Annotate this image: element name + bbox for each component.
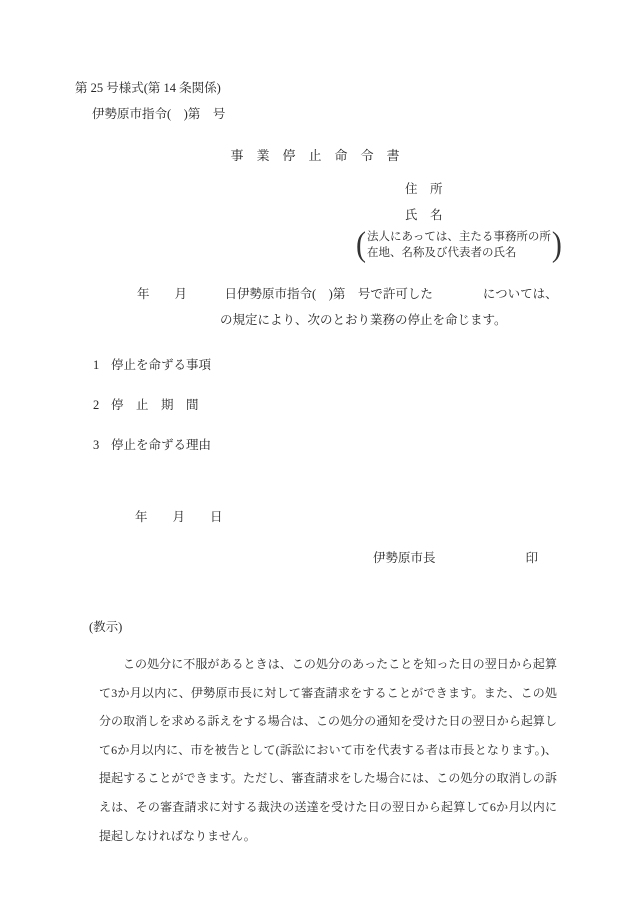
name-label: 氏 名	[405, 208, 443, 224]
corporate-note-text: 法人にあっては、主たる事務所の所在地、名称及び代表者の氏名	[366, 229, 552, 261]
item-number: 3	[93, 438, 111, 454]
notice-line: えは、その審査請求に対する裁決の送達を受けた日の翌日から起算して6か月以内に	[99, 793, 557, 822]
body-line-provision: の規定により、次のとおり業務の停止を命じます。	[220, 313, 507, 329]
right-bracket: )	[552, 228, 562, 263]
corporate-note-line-2: 在地、名称及び代表者の氏名	[367, 247, 517, 259]
item-number: 1	[93, 358, 111, 374]
item-row-2: 2 停 止 期 間	[93, 398, 199, 414]
item-number: 2	[93, 398, 111, 414]
form-number: 第 25 号様式(第 14 条関係)	[75, 81, 221, 97]
document-title: 事 業 停 止 命 令 書	[0, 148, 630, 164]
notice-line: 提起しなければなりません。	[99, 822, 557, 851]
mayor-title: 伊勢原市長	[373, 551, 436, 567]
date-line: 年 月 日	[135, 510, 223, 526]
item-label: 停 止 期 間	[111, 398, 199, 414]
left-bracket: (	[356, 228, 366, 263]
notice-line: 分の取消しを求める訴えをする場合は、この処分の通知を受けた日の翌日から起算し	[99, 707, 557, 736]
address-label: 住 所	[405, 182, 443, 198]
notice-line: て3か月以内に、伊勢原市長に対して審査請求をすることができます。また、この処	[99, 679, 557, 708]
notice-line: 提起することができます。ただし、審査請求をした場合には、この処分の取消しの訴	[99, 764, 557, 793]
item-label: 停止を命ずる事項	[111, 358, 211, 374]
corporate-note: ( 法人にあっては、主たる事務所の所在地、名称及び代表者の氏名 )	[356, 229, 562, 261]
item-label: 停止を命ずる理由	[111, 438, 211, 454]
item-row-1: 1 停止を命ずる事項	[93, 358, 211, 374]
signature-row: 伊勢原市長 印	[373, 551, 538, 567]
item-row-3: 3 停止を命ずる理由	[93, 438, 211, 454]
document-page: 第 25 号様式(第 14 条関係) 伊勢原市指令( )第 号 事 業 停 止 …	[0, 0, 630, 915]
directive-number-line: 伊勢原市指令( )第 号	[92, 107, 225, 123]
notice-heading: (教示)	[89, 620, 122, 636]
notice-line: この処分に不服があるときは、この処分のあったことを知った日の翌日から起算し	[99, 650, 557, 679]
body-line-date-permit: 年 月 日伊勢原市指令( )第 号で許可した については、	[137, 287, 558, 303]
corporate-note-line-1: 法人にあっては、主たる事務所の所	[367, 231, 551, 243]
notice-body: この処分に不服があるときは、この処分のあったことを知った日の翌日から起算し て3…	[99, 650, 557, 850]
notice-line: て6か月以内に、市を被告として(訴訟において市を代表する者は市長となります。)、	[99, 736, 557, 765]
seal-mark: 印	[525, 551, 538, 567]
